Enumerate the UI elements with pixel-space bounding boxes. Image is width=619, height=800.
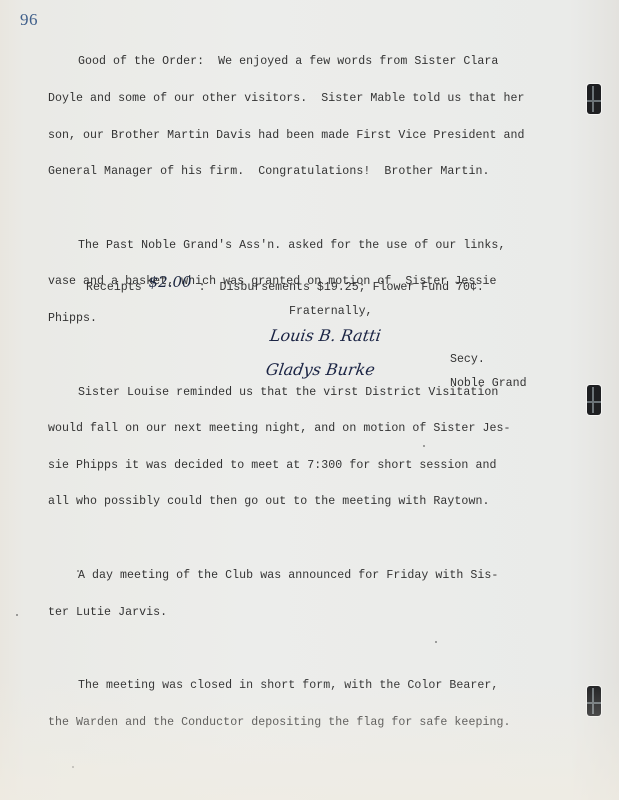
paper-speck	[16, 614, 18, 616]
signature-secretary: Louis B. Ratti	[269, 326, 383, 345]
binder-hole-icon	[587, 84, 601, 114]
text-line: General Manager of his firm. Congratulat…	[48, 166, 548, 178]
binder-hole-icon	[587, 385, 601, 415]
text-line: The meeting was closed in short form, wi…	[48, 680, 548, 692]
closing-salutation: Fraternally,	[289, 305, 373, 318]
text-line: sie Phipps it was decided to meet at 7:3…	[48, 460, 548, 472]
text-line: son, our Brother Martin Davis had been m…	[48, 130, 548, 142]
text-line: A day meeting of the Club was announced …	[48, 570, 548, 582]
paper-speck	[435, 641, 437, 643]
title-noble-grand: Noble Grand	[450, 377, 527, 390]
minutes-body: Good of the Order: We enjoyed a few word…	[48, 32, 548, 766]
page-number: 96	[20, 10, 38, 30]
text-line: Good of the Order: We enjoyed a few word…	[48, 56, 548, 68]
receipts-label: Receipts	[86, 281, 142, 294]
text-line: The Past Noble Grand's Ass'n. asked for …	[48, 240, 548, 252]
paper-speck	[72, 766, 74, 768]
text-line: all who possibly could then go out to th…	[48, 496, 548, 508]
signature-noble-grand: Gladys Burke	[265, 360, 377, 379]
paper-speck	[77, 570, 79, 572]
document-page: 96 Good of the Order: We enjoyed a few w…	[0, 0, 619, 800]
disbursements-text: : Disbursements $19.25; Flower Fund 70¢.	[199, 281, 484, 294]
text-line: the Warden and the Conductor depositing …	[48, 717, 548, 729]
text-line: ter Lutie Jarvis.	[48, 607, 548, 619]
text-line: would fall on our next meeting night, an…	[48, 423, 548, 435]
paragraph-day-meeting: A day meeting of the Club was announced …	[48, 546, 548, 644]
binder-hole-icon	[587, 686, 601, 716]
paragraph-good-of-order: Good of the Order: We enjoyed a few word…	[48, 32, 548, 203]
paragraph-meeting-closed: The meeting was closed in short form, wi…	[48, 656, 548, 754]
receipts-line: Receipts $2.00: Disbursements $19.25; Fl…	[86, 276, 484, 294]
title-secretary: Secy.	[450, 353, 485, 366]
text-line: Doyle and some of our other visitors. Si…	[48, 93, 548, 105]
paper-speck	[423, 445, 425, 447]
receipts-handwritten-amount: $2.00	[149, 273, 199, 291]
